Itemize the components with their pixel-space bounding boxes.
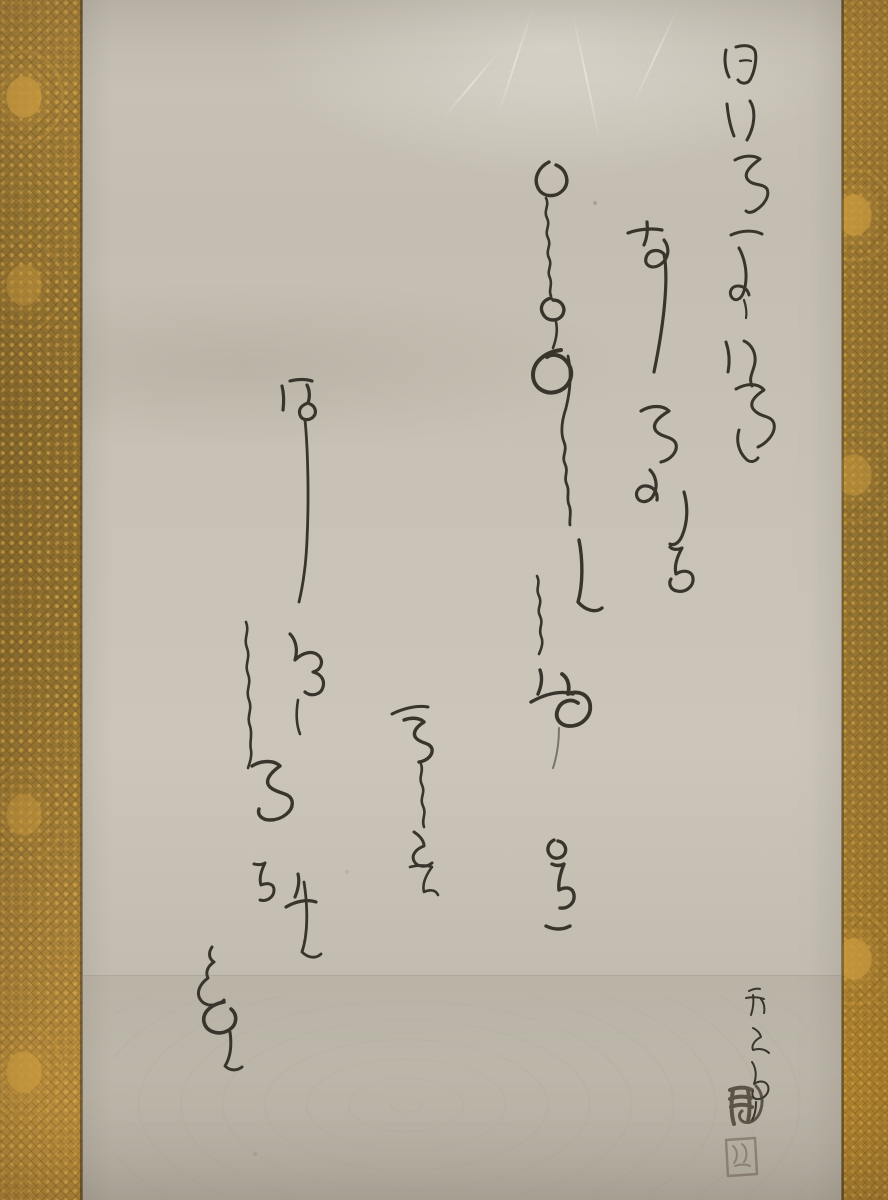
paper-crease [632, 5, 680, 105]
paper-tone-band [83, 285, 614, 445]
mount-seam-right [841, 0, 844, 1200]
paper-crease [441, 50, 500, 120]
paper-panel [83, 0, 841, 1200]
brocade-medallion [0, 1025, 64, 1119]
paper-speck [345, 870, 349, 874]
brocade-medallion [842, 168, 888, 262]
scroll-photo: Vertical columns of flowing cursive call… [0, 0, 888, 1200]
brocade-medallion [0, 50, 64, 144]
brocade-left-band [0, 0, 82, 1200]
brocade-medallion [0, 238, 64, 332]
brocade-right-band [842, 0, 888, 1200]
brocade-medallion [0, 768, 64, 862]
brocade-medallion [842, 912, 888, 1006]
paper-watermark-swirls [113, 995, 810, 1195]
brocade-medallion [842, 428, 888, 522]
paper-speck [253, 1152, 257, 1156]
paper-crease [496, 3, 535, 118]
paper-speck [593, 201, 597, 205]
paper-crease [570, 7, 601, 144]
mount-seam-left [80, 0, 83, 1200]
